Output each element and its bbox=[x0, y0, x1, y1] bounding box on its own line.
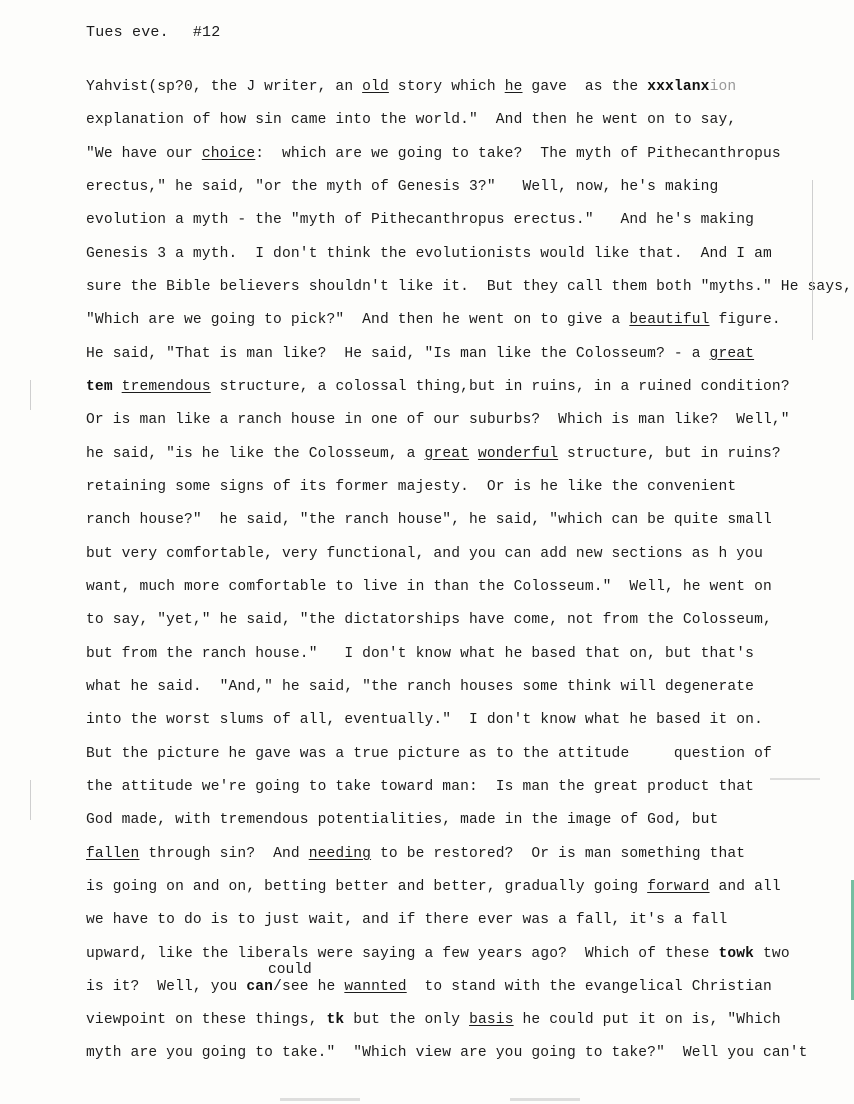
text-segment: want, much more comfortable to live in t… bbox=[86, 579, 772, 595]
strikeover-text: xxxlanx bbox=[647, 79, 709, 95]
text-segment: to stand with the evangelical Christian bbox=[407, 979, 772, 995]
underlined-word: tremendous bbox=[122, 379, 211, 395]
scan-artifact bbox=[812, 180, 813, 340]
text-segment: evolution a myth - the "myth of Pithecan… bbox=[86, 212, 754, 228]
text-line: upward, like the liberals were saying a … bbox=[86, 946, 790, 962]
text-segment: Or is man like a ranch house in one of o… bbox=[86, 412, 790, 428]
text-line: into the worst slums of all, eventually.… bbox=[86, 712, 763, 728]
text-line: Genesis 3 a myth. I don't think the evol… bbox=[86, 246, 772, 262]
text-segment: we have to do is to just wait, and if th… bbox=[86, 912, 727, 928]
interlinear-correction: could bbox=[268, 962, 312, 978]
text-line: is going on and on, betting better and b… bbox=[86, 879, 781, 895]
text-line: to say, "yet," he said, "the dictatorshi… bbox=[86, 612, 772, 628]
underlined-word: great bbox=[710, 346, 755, 362]
text-line: retaining some signs of its former majes… bbox=[86, 479, 736, 495]
scan-artifact bbox=[770, 778, 820, 780]
text-line: sure the Bible believers shouldn't like … bbox=[86, 279, 852, 295]
text-segment: the attitude we're going to take toward … bbox=[86, 779, 754, 795]
scan-artifact bbox=[510, 1098, 580, 1101]
text-segment: sure the Bible believers shouldn't like … bbox=[86, 279, 852, 295]
scan-artifact bbox=[30, 380, 31, 410]
underlined-word: basis bbox=[469, 1012, 514, 1028]
underlined-word: wonderful bbox=[478, 446, 558, 462]
text-segment: /see he bbox=[273, 979, 344, 995]
text-segment bbox=[113, 379, 122, 395]
underlined-word: wannted bbox=[344, 979, 406, 995]
text-segment: explanation of how sin came into the wor… bbox=[86, 112, 736, 128]
page-number: #12 bbox=[193, 24, 221, 41]
text-line: fallen through sin? And needing to be re… bbox=[86, 846, 745, 862]
text-line: viewpoint on these things, tk but the on… bbox=[86, 1012, 781, 1028]
text-segment: into the worst slums of all, eventually.… bbox=[86, 712, 763, 728]
text-segment: retaining some signs of its former majes… bbox=[86, 479, 736, 495]
text-segment: two bbox=[754, 946, 790, 962]
text-segment: : which are we going to take? The myth o… bbox=[255, 146, 781, 162]
text-segment: to say, "yet," he said, "the dictatorshi… bbox=[86, 612, 772, 628]
text-segment: "We have our bbox=[86, 146, 202, 162]
text-line: God made, with tremendous potentialities… bbox=[86, 812, 718, 828]
strikeover-text: tk bbox=[327, 1012, 345, 1028]
text-line: Yahvist(sp?0, the J writer, an old story… bbox=[86, 79, 736, 95]
text-line: tem tremendous structure, a colossal thi… bbox=[86, 379, 790, 395]
text-line: what he said. "And," he said, "the ranch… bbox=[86, 679, 754, 695]
text-segment: He said, "That is man like? He said, "Is… bbox=[86, 346, 710, 362]
text-segment: God made, with tremendous potentialities… bbox=[86, 812, 718, 828]
text-segment: but from the ranch house." I don't know … bbox=[86, 646, 754, 662]
text-segment: story which bbox=[389, 79, 505, 95]
underlined-word: needing bbox=[309, 846, 371, 862]
text-segment: structure, but in ruins? bbox=[558, 446, 781, 462]
underlined-word: forward bbox=[647, 879, 709, 895]
text-segment: but the only bbox=[344, 1012, 469, 1028]
text-segment: through sin? And bbox=[139, 846, 308, 862]
strikeover-text: tem bbox=[86, 379, 113, 395]
underlined-word: choice bbox=[202, 146, 255, 162]
text-segment: gave as the bbox=[523, 79, 648, 95]
text-segment: erectus," he said, "or the myth of Genes… bbox=[86, 179, 718, 195]
text-line: is it? Well, you can/see he wannted to s… bbox=[86, 979, 772, 995]
text-line: but very comfortable, very functional, a… bbox=[86, 546, 763, 562]
text-line: myth are you going to take." "Which view… bbox=[86, 1045, 808, 1061]
page-header: Tues eve.#12 bbox=[86, 24, 220, 41]
underlined-word: great bbox=[425, 446, 470, 462]
text-line: want, much more comfortable to live in t… bbox=[86, 579, 772, 595]
text-segment: figure. bbox=[710, 312, 781, 328]
text-line: "We have our choice: which are we going … bbox=[86, 146, 781, 162]
text-segment: he could put it on is, "Which bbox=[514, 1012, 781, 1028]
underlined-word: he bbox=[505, 79, 523, 95]
underlined-word: beautiful bbox=[629, 312, 709, 328]
text-segment: is going on and on, betting better and b… bbox=[86, 879, 647, 895]
text-line: explanation of how sin came into the wor… bbox=[86, 112, 736, 128]
strikeover-text: can bbox=[246, 979, 273, 995]
text-segment: upward, like the liberals were saying a … bbox=[86, 946, 718, 962]
text-line: "Which are we going to pick?" And then h… bbox=[86, 312, 781, 328]
text-line: but from the ranch house." I don't know … bbox=[86, 646, 754, 662]
text-line: ranch house?" he said, "the ranch house"… bbox=[86, 512, 772, 528]
text-segment: ranch house?" he said, "the ranch house"… bbox=[86, 512, 772, 528]
text-segment: But the picture he gave was a true pictu… bbox=[86, 746, 772, 762]
text-line: erectus," he said, "or the myth of Genes… bbox=[86, 179, 718, 195]
text-line: the attitude we're going to take toward … bbox=[86, 779, 754, 795]
faint-text: ion bbox=[710, 79, 737, 95]
text-segment: what he said. "And," he said, "the ranch… bbox=[86, 679, 754, 695]
text-segment: Genesis 3 a myth. I don't think the evol… bbox=[86, 246, 772, 262]
typewritten-page: Tues eve.#12 Yahvist(sp?0, the J writer,… bbox=[0, 0, 854, 1104]
text-segment: myth are you going to take." "Which view… bbox=[86, 1045, 808, 1061]
text-line: he said, "is he like the Colosseum, a gr… bbox=[86, 446, 781, 462]
header-label: Tues eve. bbox=[86, 24, 169, 41]
text-segment: he said, "is he like the Colosseum, a bbox=[86, 446, 425, 462]
text-segment: viewpoint on these things, bbox=[86, 1012, 327, 1028]
underlined-word: old bbox=[362, 79, 389, 95]
text-line: He said, "That is man like? He said, "Is… bbox=[86, 346, 754, 362]
strikeover-text: towk bbox=[718, 946, 754, 962]
text-segment bbox=[469, 446, 478, 462]
text-line: But the picture he gave was a true pictu… bbox=[86, 746, 772, 762]
scan-artifact bbox=[30, 780, 31, 820]
text-segment: structure, a colossal thing,but in ruins… bbox=[211, 379, 790, 395]
text-segment: is it? Well, you bbox=[86, 979, 246, 995]
underlined-word: fallen bbox=[86, 846, 139, 862]
text-line: Or is man like a ranch house in one of o… bbox=[86, 412, 790, 428]
text-line: we have to do is to just wait, and if th… bbox=[86, 912, 727, 928]
text-segment: Yahvist(sp?0, the J writer, an bbox=[86, 79, 362, 95]
text-segment: and all bbox=[710, 879, 781, 895]
text-segment: "Which are we going to pick?" And then h… bbox=[86, 312, 629, 328]
text-segment: to be restored? Or is man something that bbox=[371, 846, 745, 862]
text-segment: but very comfortable, very functional, a… bbox=[86, 546, 763, 562]
scan-artifact bbox=[280, 1098, 360, 1101]
text-line: evolution a myth - the "myth of Pithecan… bbox=[86, 212, 754, 228]
